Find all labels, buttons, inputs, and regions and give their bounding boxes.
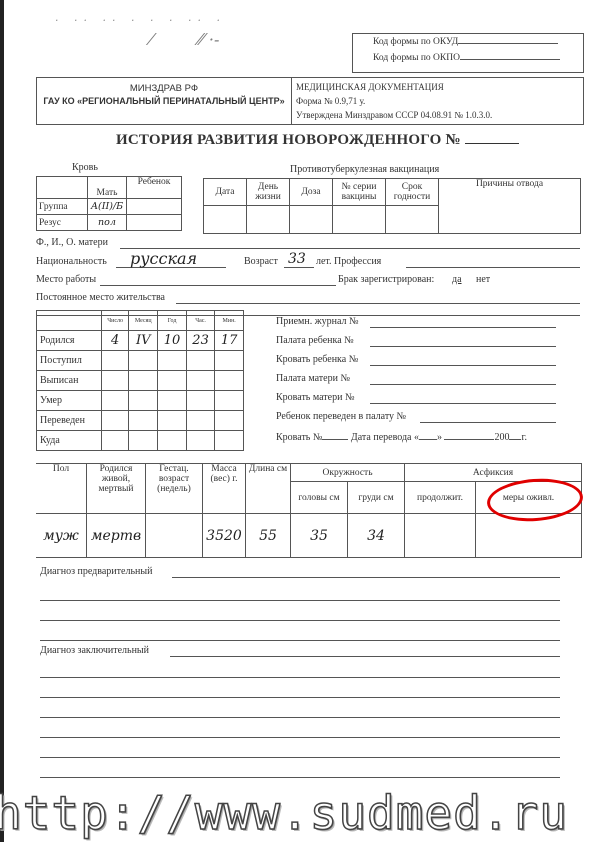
child-blood-group[interactable] (127, 199, 182, 215)
vacc-date[interactable] (204, 206, 247, 234)
vacc-day[interactable] (247, 206, 290, 234)
nb-length-value[interactable]: 55 (246, 514, 291, 558)
vaccination-heading: Противотуберкулезная вакцинация (290, 164, 439, 175)
okpo-field[interactable] (460, 50, 560, 60)
marriage-no[interactable]: нет (476, 274, 490, 285)
dates-cell[interactable]: IV (129, 331, 158, 351)
dates-table: Число Месяц Год Час. Мин. Родился4IV1023… (36, 310, 244, 451)
dates-row: Поступил (37, 351, 244, 371)
diagnosis-line[interactable] (170, 656, 560, 657)
vacc-col-reasons: Причины отвода (439, 179, 581, 206)
dates-col-hour: Час. (186, 311, 215, 331)
right-field-label: Приемн. журнал № (276, 316, 359, 327)
dates-col-min: Мин. (215, 311, 244, 331)
vacc-col-expiry: Срок годности (386, 179, 439, 206)
ministry: МИНЗДРАВ РФ (37, 82, 291, 95)
dates-col-year: Год (158, 311, 187, 331)
nb-col-gest: Гестац. возраст (недель) (146, 464, 203, 514)
diagnosis-line[interactable] (40, 717, 560, 718)
okud-field[interactable] (458, 34, 558, 44)
blood-heading: Кровь (72, 162, 98, 173)
history-number-field[interactable] (465, 131, 519, 144)
dates-cell[interactable] (186, 371, 215, 391)
nb-col-circumference: Окружность (291, 464, 405, 482)
nb-col-sex: Пол (36, 464, 87, 514)
dates-cell[interactable] (158, 391, 187, 411)
newborn-values-row: муж мертв 3520 55 35 34 (36, 514, 582, 558)
nb-col-mass: Масса (вес) г. (203, 464, 246, 514)
dates-cell[interactable] (215, 391, 244, 411)
organization-block: МИНЗДРАВ РФ ГАУ КО «РЕГИОНАЛЬНЫЙ ПЕРИНАТ… (37, 78, 292, 124)
dates-cell[interactable]: 4 (102, 331, 129, 351)
nb-col-chest: груди см (348, 482, 405, 514)
transfer-bed-field[interactable] (322, 439, 348, 440)
dates-cell[interactable] (186, 351, 215, 371)
transfer-row: Кровать № Дата перевода «» 200г. (276, 432, 527, 443)
dates-row-label: Родился (37, 331, 102, 351)
vacc-dose[interactable] (290, 206, 333, 234)
dates-row-label: Умер (37, 391, 102, 411)
nb-sex-value[interactable]: муж (36, 514, 87, 558)
mother-fio-label: Ф., И., О. матери (36, 237, 108, 248)
dates-cell[interactable]: 17 (215, 331, 244, 351)
form-info-block: МЕДИЦИНСКАЯ ДОКУМЕНТАЦИЯ Форма № 0.9,71 … (292, 78, 583, 124)
blood-corner (37, 177, 88, 199)
dates-cell[interactable] (129, 351, 158, 371)
profession-label: лет. Профессия (316, 256, 381, 267)
vacc-col-day: День жизни (247, 179, 290, 206)
dates-corner (37, 311, 102, 331)
diagnosis-line[interactable] (40, 620, 560, 621)
dates-row: Куда (37, 431, 244, 451)
dates-cell[interactable] (215, 411, 244, 431)
nb-mass-value[interactable]: 3520 (203, 514, 246, 558)
dates-cell[interactable] (102, 431, 129, 451)
dates-cell[interactable] (215, 431, 244, 451)
doc-type: МЕДИЦИНСКАЯ ДОКУМЕНТАЦИЯ (296, 80, 583, 94)
age-field[interactable] (284, 267, 314, 268)
vacc-col-dose: Доза (290, 179, 333, 206)
dates-row: Родился4IV102317 (37, 331, 244, 351)
nb-col-duration: продолжит. (405, 482, 476, 514)
dates-row-label: Выписан (37, 371, 102, 391)
form-codes-box: Код формы по ОКУД Код формы по ОКПО (352, 33, 584, 73)
vaccination-table: Дата День жизни Доза № серии вакцины Сро… (203, 178, 581, 234)
diagnosis-line[interactable] (40, 697, 560, 698)
transfer-day-field[interactable] (419, 439, 437, 440)
nationality-label: Национальность (36, 256, 107, 267)
document-header: МИНЗДРАВ РФ ГАУ КО «РЕГИОНАЛЬНЫЙ ПЕРИНАТ… (36, 77, 584, 125)
dates-cell[interactable] (215, 371, 244, 391)
nb-gest-value[interactable] (146, 514, 203, 558)
dates-row-label: Куда (37, 431, 102, 451)
form-number: Форма № 0.9,71 у. (296, 94, 583, 108)
marriage-label: Брак зарегистрирован: (338, 274, 434, 285)
right-field-input[interactable] (370, 346, 556, 347)
dates-cell[interactable] (129, 411, 158, 431)
transfer-date-label: Дата перевода « (351, 432, 419, 443)
mother-rh[interactable]: пол (88, 215, 127, 231)
dates-row-label: Переведен (37, 411, 102, 431)
dates-cell[interactable] (186, 431, 215, 451)
dates-col-day: Число (102, 311, 129, 331)
vacc-expiry[interactable] (386, 206, 439, 234)
vacc-reasons[interactable] (439, 206, 581, 234)
age-value[interactable]: 33 (288, 251, 306, 267)
illegible-handwriting: ⁄ ⁄⁄ ·- (150, 30, 219, 49)
dates-cell[interactable] (102, 411, 129, 431)
profession-field[interactable] (406, 267, 580, 268)
diagnosis-line[interactable] (40, 757, 560, 758)
dates-cell[interactable] (158, 351, 187, 371)
right-field-label: Кровать матери № (276, 392, 355, 403)
blood-row-rh: Резус (37, 215, 88, 231)
diagnosis-final-label: Диагноз заключительный (40, 645, 149, 656)
dates-cell[interactable] (129, 371, 158, 391)
marriage-yes[interactable]: да (452, 274, 462, 285)
nb-head-value[interactable]: 35 (291, 514, 348, 558)
dates-row: Умер (37, 391, 244, 411)
diagnosis-preliminary-label: Диагноз предварительный (40, 566, 152, 577)
approval: Утверждена Минздравом СССР 04.08.91 № 1.… (296, 108, 583, 122)
dates-cell[interactable] (129, 431, 158, 451)
page-title: ИСТОРИЯ РАЗВИТИЯ НОВОРОЖДЕННОГО № (116, 131, 519, 149)
work-field[interactable] (100, 285, 336, 286)
nb-col-length: Длина см (246, 464, 291, 514)
blood-col-child: Ребенок (127, 177, 182, 199)
dates-cell[interactable] (102, 391, 129, 411)
diagnosis-line[interactable] (40, 640, 560, 641)
dates-cell[interactable] (186, 391, 215, 411)
nb-born-value[interactable]: мертв (87, 514, 146, 558)
okpo-label: Код формы по ОКПО (373, 53, 460, 63)
work-label: Место работы (36, 274, 96, 285)
nb-col-head: головы см (291, 482, 348, 514)
right-field-input[interactable] (370, 365, 556, 366)
diagnosis-line[interactable] (40, 600, 560, 601)
diagnosis-line[interactable] (40, 737, 560, 738)
dates-cell[interactable] (158, 411, 187, 431)
diagnosis-line[interactable] (40, 677, 560, 678)
residence-label: Постоянное место жительства (36, 292, 165, 303)
dates-cell[interactable] (215, 351, 244, 371)
transfer-bed-label: Кровать № (276, 432, 322, 443)
dates-col-month: Месяц (129, 311, 158, 331)
right-field-label: Палата ребенка № (276, 335, 354, 346)
dates-cell[interactable] (158, 431, 187, 451)
nb-duration-value[interactable] (405, 514, 476, 558)
organization-name: ГАУ КО «РЕГИОНАЛЬНЫЙ ПЕРИНАТАЛЬНЫЙ ЦЕНТР… (37, 95, 291, 108)
vacc-col-date: Дата (204, 179, 247, 206)
dates-cell[interactable] (102, 351, 129, 371)
dates-row-label: Поступил (37, 351, 102, 371)
dates-row: Выписан (37, 371, 244, 391)
child-rh[interactable] (127, 215, 182, 231)
diagnosis-line[interactable] (40, 777, 560, 778)
nb-col-born: Родился живой, мертвый (87, 464, 146, 514)
right-field-input[interactable] (370, 327, 556, 328)
dates-cell[interactable]: 23 (186, 331, 215, 351)
age-label: Возраст (244, 256, 278, 267)
nb-chest-value[interactable]: 34 (348, 514, 405, 558)
vacc-series[interactable] (333, 206, 386, 234)
right-field-input[interactable] (420, 422, 556, 423)
residence-field[interactable] (176, 303, 580, 304)
scan-edge (0, 0, 4, 842)
right-field-input[interactable] (370, 403, 556, 404)
okud-label: Код формы по ОКУД (373, 37, 458, 47)
transfer-month-field[interactable] (444, 439, 494, 440)
blood-col-mother: Мать (88, 177, 127, 199)
diagnosis-line[interactable] (172, 577, 560, 578)
dates-cell[interactable] (102, 371, 129, 391)
dates-cell[interactable] (186, 411, 215, 431)
mother-blood-group[interactable]: А(II)/Б (88, 199, 127, 215)
nationality-value[interactable]: русская (130, 249, 197, 268)
right-field-label: Ребенок переведен в палату № (276, 411, 406, 422)
transfer-year-field[interactable] (509, 439, 521, 440)
dates-cell[interactable]: 10 (158, 331, 187, 351)
watermark: http://www.sudmed.ru (0, 786, 568, 840)
right-field-label: Палата матери № (276, 373, 350, 384)
right-field-input[interactable] (370, 384, 556, 385)
illegible-marks: · ·· ·· · · · ·· · (55, 14, 226, 27)
dates-cell[interactable] (158, 371, 187, 391)
dates-cell[interactable] (129, 391, 158, 411)
dates-row: Переведен (37, 411, 244, 431)
right-field-label: Кровать ребенка № (276, 354, 358, 365)
vacc-col-series: № серии вакцины (333, 179, 386, 206)
blood-row-group: Группа (37, 199, 88, 215)
blood-table: Мать Ребенок Группа А(II)/Б Резус пол (36, 176, 182, 231)
